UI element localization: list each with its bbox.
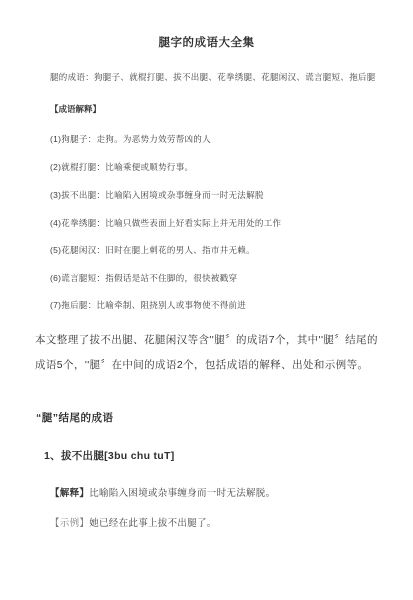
explain-text: 比喻陷入困境或杂事缠身而一时无法解脱。	[89, 488, 275, 499]
explanation-item-3: (3)拔不出腿：比喻陷入困境或杂事缠身而一时无法解脱	[50, 189, 385, 201]
entry-example: 【示例】她已经在此事上拔不出腿了。	[50, 515, 385, 529]
entry-explanation: 【解释】比喻陷入困境或杂事缠身而一时无法解脱。	[50, 485, 385, 499]
example-label: 【示例】	[50, 518, 89, 529]
idiom-list-line: 腿的成语：狗腿子、就棍打腿、拔不出腿、花拳绣腿、花腿闲汉、谎言腿短、拖后腿	[50, 71, 385, 83]
explanation-item-4: (4)花拳绣腿：比喻只做些表面上好看实际上并无用处的工作	[50, 217, 385, 229]
section-heading: “腿”结尾的成语	[36, 410, 114, 425]
document-page: 腿字的成语大全集 腿的成语：狗腿子、就棍打腿、拔不出腿、花拳绣腿、花腿闲汉、谎言…	[0, 0, 413, 600]
explanation-item-6: (6)谎言腿短：指假话是站不住脚的，很快被戳穿	[50, 272, 385, 284]
summary-paragraph: 本文整理了拔不出腿、花腿闲汉等含''腿〞的成语7个，其中''腿〞结尾的成语5个，…	[35, 328, 379, 378]
explanation-item-1: (1)狗腿子：走狗。为恶势力效劳帮凶的人	[50, 133, 385, 145]
explanation-item-7: (7)拖后腿：比喻牵制、阻挠别人或事物使不得前进	[50, 299, 385, 311]
explain-label: 【解释】	[50, 488, 89, 499]
example-text: 她已经在此事上拔不出腿了。	[89, 518, 216, 529]
explanation-item-2: (2)就棍打腿：比喻乘便或顺势行事。	[50, 161, 385, 173]
explanations-header: 【成语解释】	[50, 103, 101, 115]
page-title: 腿字的成语大全集	[0, 34, 413, 50]
entry-heading: 1、拔不出腿[3bu chu tuT]	[44, 448, 175, 463]
explanation-item-5: (5)花腿闲汉：旧时在腿上刺花的男人、指市井无赖。	[50, 244, 385, 256]
